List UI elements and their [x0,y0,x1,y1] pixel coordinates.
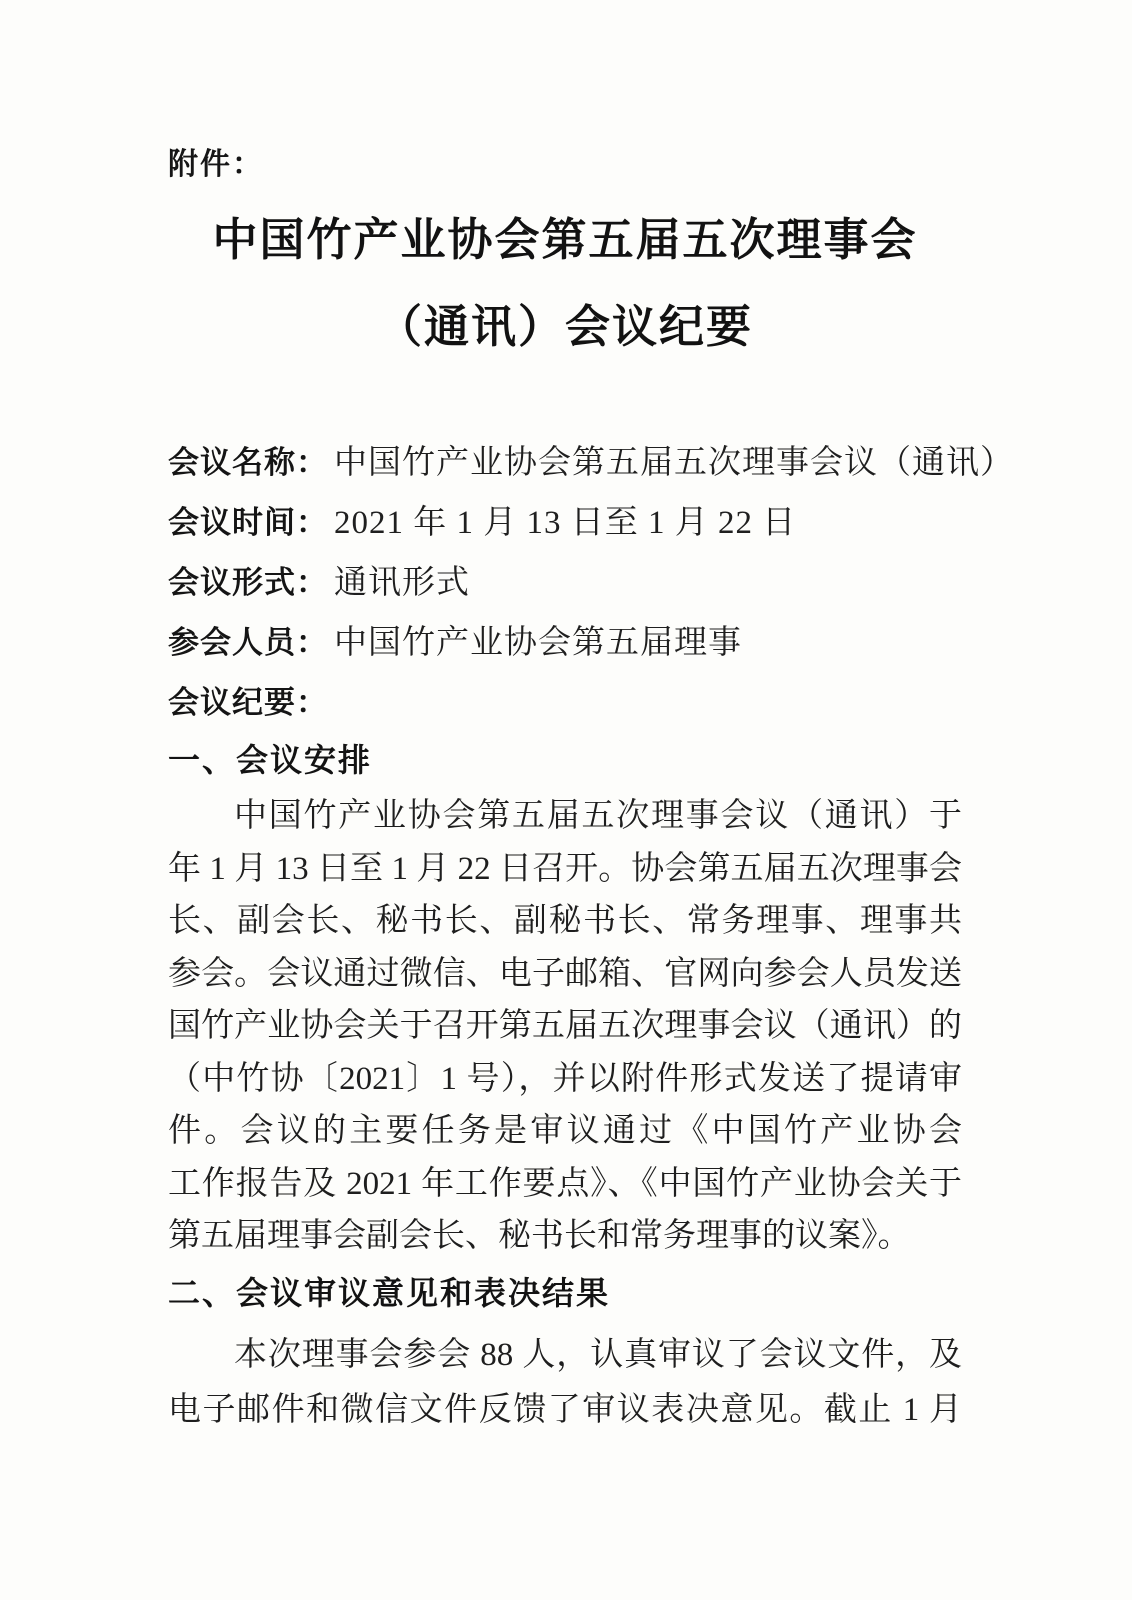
paragraph-line: 本次理事会参会 88 人，认真审议了会议文件，及时以 [168,1328,962,1383]
paragraph-line: 长、副会长、秘书长、副秘书长、常务理事、理事共 88 人 [168,895,962,948]
attachment-label: 附件： [168,139,264,183]
meeting-info-row-time: 会议时间：2021 年 1 月 13 日至 1 月 22 日 [168,493,962,553]
paragraph-line: 工作报告及 2021 年工作要点》、《中国竹产业协会关于调整 [168,1158,962,1211]
section-2-paragraph: 本次理事会参会 88 人，认真审议了会议文件，及时以 电子邮件和微信文件反馈了审… [168,1328,962,1438]
meeting-info: 会议名称：中国竹产业协会第五届五次理事会议（通讯） 会议时间：2021 年 1 … [168,433,962,733]
meeting-format-label: 会议形式： [168,565,328,600]
meeting-name-label: 会议名称： [168,445,328,480]
section-1-heading: 一、会议安排 [168,735,372,781]
meeting-info-row-name: 会议名称：中国竹产业协会第五届五次理事会议（通讯） [168,433,962,493]
paragraph-line: 参会。会议通过微信、电子邮箱、官网向参会人员发送了《中 [168,948,962,1001]
paragraph-line: 电子邮件和微信文件反馈了审议表决意见。截止 1 月 22 日， [168,1383,962,1438]
document-title-line-1: 中国竹产业协会第五届五次理事会 [168,203,962,268]
meeting-minutes-label: 会议纪要： [168,685,328,720]
paragraph-line: 年 1 月 13 日至 1 月 22 日召开。协会第五届五次理事会有会 [168,843,962,896]
meeting-format-value: 通讯形式 [334,565,470,601]
document-title-line-2: （通讯）会议纪要 [168,290,962,355]
paragraph-line: （中竹协〔2021〕1 号），并以附件形式发送了提请审议的文 [168,1053,962,1106]
meeting-info-row-format: 会议形式：通讯形式 [168,553,962,613]
meeting-name-value: 中国竹产业协会第五届五次理事会议（通讯） [334,445,1014,481]
section-1-paragraph: 中国竹产业协会第五届五次理事会议（通讯）于 2021 年 1 月 13 日至 1… [168,790,962,1263]
paragraph-line: 第五届理事会副会长、秘书长和常务理事的议案》。 [168,1210,962,1263]
paragraph-line: 国竹产业协会关于召开第五届五次理事会议（通讯）的通知》 [168,1000,962,1053]
meeting-participants-value: 中国竹产业协会第五届理事 [334,625,742,661]
paragraph-line: 中国竹产业协会第五届五次理事会议（通讯）于 2021 [168,790,962,843]
meeting-participants-label: 参会人员： [168,625,328,660]
meeting-time-value: 2021 年 1 月 13 日至 1 月 22 日 [334,505,796,541]
meeting-info-row-minutes: 会议纪要： [168,673,962,733]
section-2-heading: 二、会议审议意见和表决结果 [168,1268,610,1314]
meeting-info-row-participants: 参会人员：中国竹产业协会第五届理事 [168,613,962,673]
paragraph-line: 件。会议的主要任务是审议通过《中国竹产业协会 2020 年 [168,1105,962,1158]
meeting-time-label: 会议时间： [168,505,328,540]
scanned-document-page: 附件： 中国竹产业协会第五届五次理事会 （通讯）会议纪要 会议名称：中国竹产业协… [0,0,1132,1600]
